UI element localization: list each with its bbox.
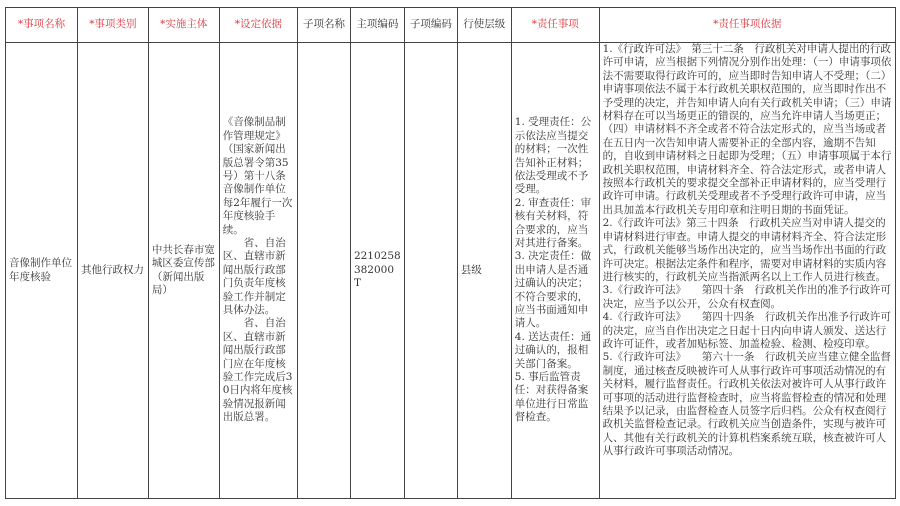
cell-sub-code: [404, 43, 457, 499]
responsibility-basis-para: 4.《行政许可法》 第四十四条 行政机关作出准予行政许可的决定，应当自作出决定之…: [603, 311, 892, 351]
col-sub-code: 子项编码: [404, 8, 457, 43]
col-item-name: *事项名称: [6, 8, 78, 43]
responsibility-item: 1. 受理责任：公示依法应当提交的材料；一次性告知补正材料；依法受理或不予受理。: [515, 116, 596, 196]
cell-implementing-body: 中共长春市宽城区委宣传部（新闻出版局）: [148, 43, 219, 499]
cell-responsibility-basis: 1.《行政许可法》 第三十二条 行政机关对申请人提出的行政许可申请，应当根据下列…: [599, 43, 895, 499]
responsibility-basis-para: 1.《行政许可法》 第三十二条 行政机关对申请人提出的行政许可申请，应当根据下列…: [603, 43, 892, 217]
col-legal-basis: *设定依据: [219, 8, 297, 43]
table-row: 音像制作单位年度核验 其他行政权力 中共长春市宽城区委宣传部（新闻出版局） 《音…: [6, 43, 896, 499]
cell-legal-basis: 《音像制品制作管理规定》（国家新闻出版总署令第35号）第十八条音像制作单位每2年…: [219, 43, 297, 499]
responsibility-item: 3. 决定责任：做出申请人是否通过确认的决定；不符合要求的，应当书面通知申请人。: [515, 250, 596, 330]
responsibility-basis-para: 2.《行政许可法》第三十四条 行政机关应当对申请人提交的申请材料进行审查。申请人…: [603, 217, 892, 284]
responsibility-basis-para: 3.《行政许可法》 第四十条 行政机关作出的准予行政许可决定，应当予以公开，公众…: [603, 284, 892, 311]
legal-basis-para: 省、自治区、直辖市新闻出版行政部门应在年度核验工作完成后30日内将年度核验情况报…: [223, 317, 294, 424]
cell-level: 县级: [457, 43, 511, 499]
power-list-table: *事项名称 *事项类别 *实施主体 *设定依据 子项名称 主项编码 子项编码 行…: [5, 7, 896, 499]
cell-item-category: 其他行政权力: [77, 43, 148, 499]
legal-basis-para: 省、自治区、直辖市新闻出版行政部门负责年度核验工作并制定具体办法。: [223, 237, 294, 317]
col-responsibilities: *责任事项: [511, 8, 599, 43]
col-implementing-body: *实施主体: [148, 8, 219, 43]
col-item-category: *事项类别: [77, 8, 148, 43]
col-level: 行使层级: [457, 8, 511, 43]
cell-sub-item-name: [298, 43, 351, 499]
responsibility-item: 2. 审查责任：审核有关材料，符合要求的，应当对其进行备案。: [515, 197, 596, 251]
header-row: *事项名称 *事项类别 *实施主体 *设定依据 子项名称 主项编码 子项编码 行…: [6, 8, 896, 43]
responsibility-item: 4. 送达责任：通过确认的，报相关部门备案。: [515, 331, 596, 371]
cell-item-name: 音像制作单位年度核验: [6, 43, 78, 499]
responsibility-item: 5. 事后监管责任：对获得备案单位进行日常监督检查。: [515, 371, 596, 425]
legal-basis-para: 《音像制品制作管理规定》（国家新闻出版总署令第35号）第十八条音像制作单位每2年…: [223, 116, 294, 237]
col-sub-item-name: 子项名称: [298, 8, 351, 43]
responsibility-basis-para: 5.《行政许可法》 第六十一条 行政机关应当建立健全监督制度，通过核查反映被许可…: [603, 351, 892, 458]
cell-responsibilities: 1. 受理责任：公示依法应当提交的材料；一次性告知补正材料；依法受理或不予受理。…: [511, 43, 599, 499]
col-main-code: 主项编码: [350, 8, 404, 43]
col-responsibility-basis: *责任事项依据: [599, 8, 895, 43]
cell-main-code: 2210258382000T: [350, 43, 404, 499]
